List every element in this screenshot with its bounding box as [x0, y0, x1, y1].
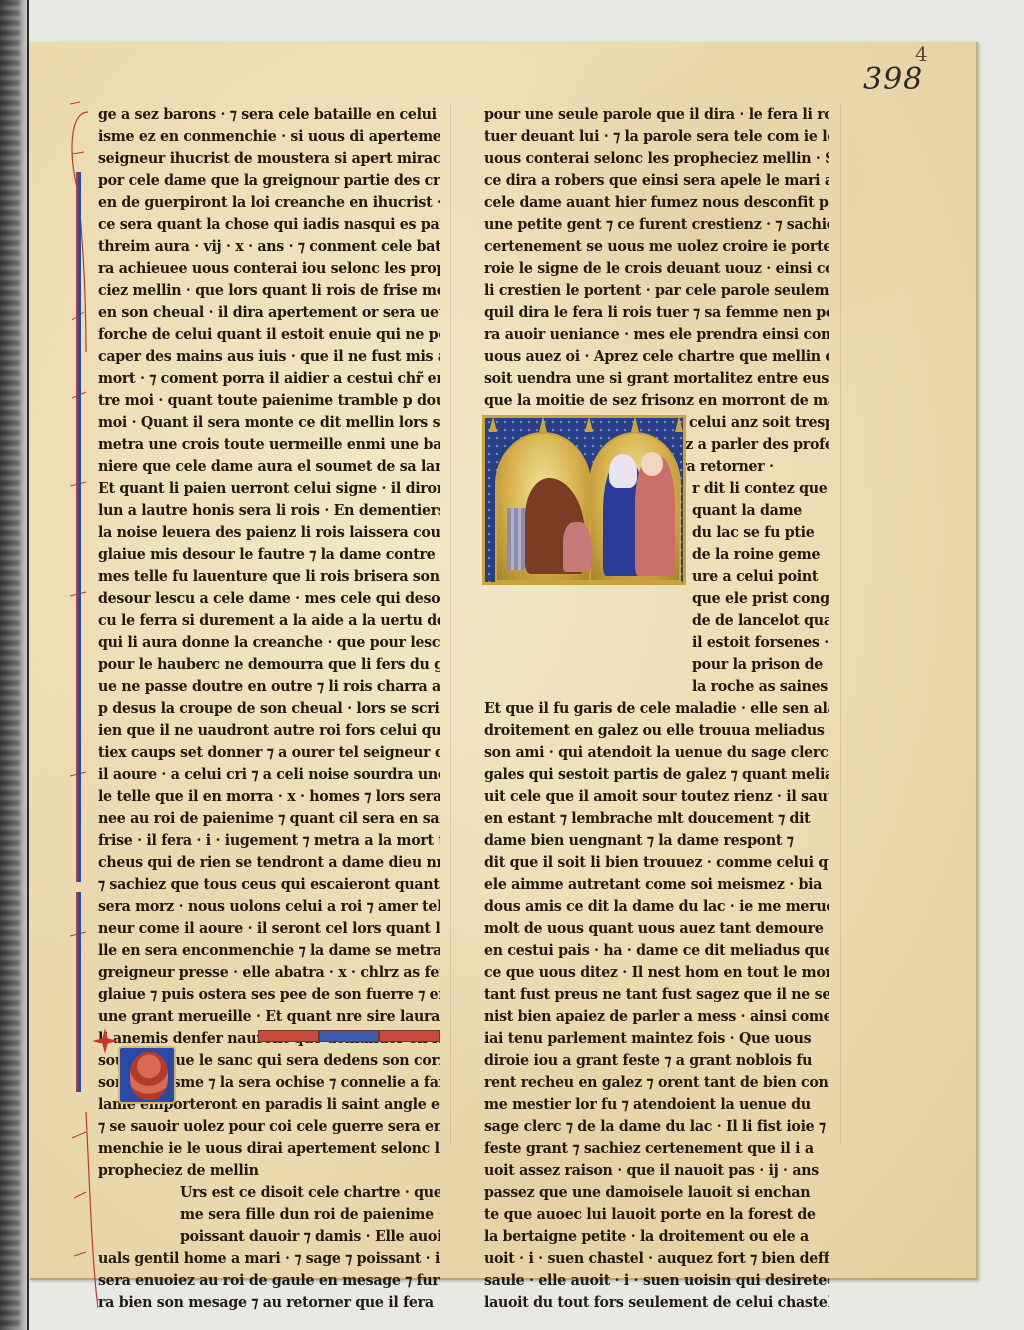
text-line: feste grant ⁊ sachiez certenement que il… — [484, 1137, 829, 1160]
text-line: en cestui pais · ha · dame ce dit meliad… — [484, 939, 829, 962]
text-line: ele aimme autretant come soi meismez · b… — [484, 873, 829, 896]
text-line: tant fust preus ne tant fust sagez que i… — [484, 983, 829, 1006]
text-line: cu le ferra si durement a la aide a la u… — [98, 609, 440, 632]
text-line: saule · elle auoit · i · suen uoisin qui… — [484, 1269, 829, 1292]
text-line: uit cele que il amoit sour toutez rienz … — [484, 785, 829, 808]
line-filler-decoration — [258, 1030, 440, 1042]
manuscript-folio: 398 4 ge a sez barons · ⁊ sera cele bata… — [30, 42, 978, 1280]
text-line: soit uendra une si grant mortalitez entr… — [484, 367, 829, 390]
initial-infill — [130, 1052, 168, 1100]
text-line: ue ne passe doutre en outre ⁊ li rois ch… — [98, 675, 440, 698]
text-line: sage clerc ⁊ de la dame du lac · Il li f… — [484, 1115, 829, 1138]
text-line: il estoit forsenes · — [484, 631, 829, 654]
text-line: uous conterai selonc les propheciez mell… — [484, 147, 829, 170]
gutter-edge — [27, 0, 29, 1330]
text-line: uals gentil home a mari · ⁊ sage ⁊ poiss… — [98, 1247, 440, 1270]
text-line: une petite gent ⁊ ce furent crestienz · … — [484, 213, 829, 236]
text-line: uoit assez raison · que il nauoit pas · … — [484, 1159, 829, 1182]
text-line: ⁊ se sauoir uolez pour coi cele guerre s… — [98, 1115, 440, 1138]
text-line: la noise leuera des paienz li rois laiss… — [98, 521, 440, 544]
text-line: diroie iou a grant feste ⁊ a grant noblo… — [484, 1049, 829, 1072]
text-line: sera enuoiez au roi de gaule en mesage ⁊… — [98, 1269, 440, 1292]
text-line: passez que une damoisele lauoit si encha… — [484, 1181, 829, 1204]
text-line: tre moi · quant toute paienime tramble p… — [98, 389, 440, 412]
kneeling-figure — [563, 522, 591, 572]
text-line: Et quant li paien uerront celui signe · … — [98, 477, 440, 500]
text-line: tuer deuant lui · ⁊ la parole sera tele … — [484, 125, 829, 148]
text-line: mes telle fu lauenture que li rois brise… — [98, 565, 440, 588]
text-line: ra achieuee uous conterai iou selonc les… — [98, 257, 440, 280]
text-line: frise · il fera · i · iugement ⁊ metra a… — [98, 829, 440, 852]
margin-flourish-decoration — [68, 72, 98, 1312]
man-head — [641, 452, 663, 476]
text-line: ce dira a robers que einsi sera apele le… — [484, 169, 829, 192]
text-line: ciez mellin · que lors quant li rois de … — [98, 279, 440, 302]
text-line: desour lescu a cele dame · mes cele qui … — [98, 587, 440, 610]
text-line: pour le hauberc ne demourra que li fers … — [98, 653, 440, 676]
text-line: que la moitie de sez frisonz en morront … — [484, 389, 829, 412]
text-line: de de lancelot quant — [484, 609, 829, 632]
column-ruling — [450, 104, 451, 1144]
text-line: me sera fille dun roi de paienime · auqu… — [98, 1203, 440, 1226]
text-line: li crestien le portent · par cele parole… — [484, 279, 829, 302]
text-line: molt de uous quant uous auez tant demour… — [484, 917, 829, 940]
text-line: metra une crois toute uermeille enmi une… — [98, 433, 440, 456]
text-line: cele dame auant hier fumez nous desconfi… — [484, 191, 829, 214]
text-line: la bertaigne petite · la droitement ou e… — [484, 1225, 829, 1248]
historiated-initial-u — [118, 1046, 176, 1104]
text-line: nee au roi de paienime ⁊ quant cil sera … — [98, 807, 440, 830]
column-ruling — [840, 104, 841, 1144]
text-line: uous auez oi · Aprez cele chartre que me… — [484, 345, 829, 368]
text-line: que ele prist congie — [484, 587, 829, 610]
text-line: ra bien son mesage ⁊ au retorner que il … — [98, 1291, 440, 1314]
folio-number-alt: 4 — [915, 42, 929, 66]
text-line: quil dira le fera li rois tuer ⁊ sa femm… — [484, 301, 829, 324]
text-line: caper des mains aus iuis · que il ne fus… — [98, 345, 440, 368]
text-line: iai tenu parlement maintez fois · Que uo… — [484, 1027, 829, 1050]
text-line: glaiue ⁊ puis ostera ses pee de son fuer… — [98, 983, 440, 1006]
text-line: la roche as saines — [484, 675, 829, 698]
text-line: propheciez de mellin — [98, 1159, 440, 1182]
text-line: son ami · qui atendoit la uenue du sage … — [484, 741, 829, 764]
text-line: te que auoec lui lauoit porte en la fore… — [484, 1203, 829, 1226]
text-line: por cele dame que la greignour partie de… — [98, 169, 440, 192]
text-line: moi · Quant il sera monte ce dit mellin … — [98, 411, 440, 434]
text-line: cheus qui de rien se tendront a dame die… — [98, 851, 440, 874]
text-line: dous amis ce dit la dame du lac · ie me … — [484, 895, 829, 918]
lady-veil — [609, 454, 637, 488]
text-line: il aoure · a celui cri ⁊ a celi noise so… — [98, 763, 440, 786]
text-line: droitement en galez ou elle trouua melia… — [484, 719, 829, 742]
text-line: qui li aura donne la creanche · que pour… — [98, 631, 440, 654]
miniature-illustration — [482, 415, 686, 585]
text-line: sera morz · nous uolons celui a roi ⁊ am… — [98, 895, 440, 918]
text-line: nist bien apaiez de parler a mess · ains… — [484, 1005, 829, 1028]
text-line: uoit · i · suen chastel · auquez fort ⁊ … — [484, 1247, 829, 1270]
text-line: mort · ⁊ coment porra il aidier a cestui… — [98, 367, 440, 390]
text-line: lauoit du tout fors seulement de celui c… — [484, 1291, 829, 1314]
text-line: niere que cele dame aura el soumet de sa… — [98, 455, 440, 478]
text-column-left: ge a sez barons · ⁊ sera cele bataille e… — [98, 104, 440, 1314]
folio-number: 398 — [863, 62, 923, 97]
text-line: rent recheu en galez ⁊ orent tant de bie… — [484, 1071, 829, 1094]
book-spine-adjacent-page — [0, 0, 28, 1330]
text-line: tiex caups set donner ⁊ a ourer tel seig… — [98, 741, 440, 764]
text-line: me mestier lor fu ⁊ atendoient la uenue … — [484, 1093, 829, 1116]
text-line: Et que il fu garis de cele maladie · ell… — [484, 697, 829, 720]
text-line: dame bien uengnant ⁊ la dame respont ⁊ — [484, 829, 829, 852]
margin-bar-decoration-lower — [76, 892, 81, 1092]
text-line: forche de celui quant il estoit enuie qu… — [98, 323, 440, 346]
text-line: lle en sera enconmenchie ⁊ la dame se me… — [98, 939, 440, 962]
text-line: isme ez en conmenchie · si uous di apert… — [98, 125, 440, 148]
text-line: ge a sez barons · ⁊ sera cele bataille e… — [98, 103, 440, 126]
text-line: seigneur ihucrist de moustera si apert m… — [98, 147, 440, 170]
text-line: greigneur presse · elle abatra · x · chl… — [98, 961, 440, 984]
text-column-right: pour une seule parole que il dira · le f… — [484, 104, 829, 1314]
text-line: p desus la croupe de son cheual · lors s… — [98, 697, 440, 720]
text-line: en de guerpiront la loi creanche en ihuc… — [98, 191, 440, 214]
text-line: ien que il ne uaudront autre roi fors ce… — [98, 719, 440, 742]
text-line: poissant dauoir ⁊ damis · Elle auoit · i… — [98, 1225, 440, 1248]
text-line: roie le signe de le crois deuant uouz · … — [484, 257, 829, 280]
text-line: ⁊ sachiez que tous ceus qui escaieront q… — [98, 873, 440, 896]
text-line: en son cheual · il dira apertement or se… — [98, 301, 440, 324]
text-line: ce sera quant la chose qui iadis nasqui … — [98, 213, 440, 236]
text-line: une grant merueille · Et quant nre sire … — [98, 1005, 440, 1028]
text-line: Urs est ce disoit cele chartre · que cel… — [98, 1181, 440, 1204]
text-line: glaiue mis desour le fautre ⁊ la dame co… — [98, 543, 440, 566]
text-line: dit que il soit li bien trouuez · comme … — [484, 851, 829, 874]
margin-bar-decoration — [76, 172, 81, 882]
text-line: pour la prison de — [484, 653, 829, 676]
text-line: lun a lautre honis sera li rois · En dem… — [98, 499, 440, 522]
text-line: en estant ⁊ lembrache mlt doucement ⁊ di… — [484, 807, 829, 830]
text-line: ra auoir ueniance · mes ele prendra eins… — [484, 323, 829, 346]
text-line: ce que uous ditez · Il nest hom en tout … — [484, 961, 829, 984]
text-line: menchie ie le uous dirai apertement selo… — [98, 1137, 440, 1160]
text-line: gales qui sestoit partis de galez ⁊ quan… — [484, 763, 829, 786]
text-line: neur come il aoure · il seront cel lors … — [98, 917, 440, 940]
text-line: threim aura · vij · x · ans · ⁊ conment … — [98, 235, 440, 258]
text-line: pour une seule parole que il dira · le f… — [484, 103, 829, 126]
text-line: le telle que il en morra · x · homes ⁊ l… — [98, 785, 440, 808]
text-line: certenement se uous me uolez croire ie p… — [484, 235, 829, 258]
